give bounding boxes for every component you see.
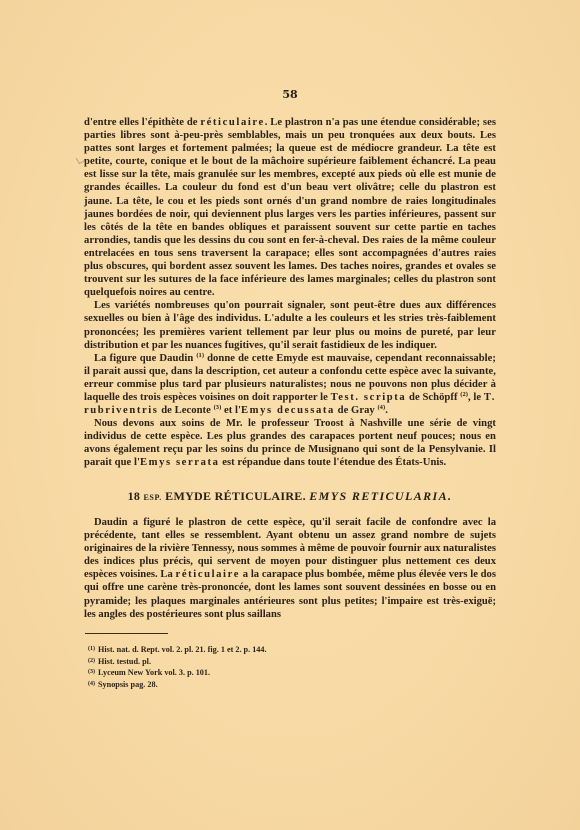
section-2-text: Daudin a figuré le plastron de cette esp… bbox=[84, 516, 496, 621]
species-latin-name: EMYS RETICULARIA. bbox=[309, 489, 452, 503]
footnote-divider bbox=[85, 633, 168, 634]
footnotes: (1)Hist. nat. d. Rept. vol. 2. pl. 21. f… bbox=[88, 644, 488, 690]
term-reticulaire-2: réticulaire bbox=[176, 569, 240, 580]
term-reticulaire: réticulaire bbox=[200, 117, 264, 128]
term-emys-decussata: Emys decussata bbox=[241, 405, 335, 416]
term-emys-serrata: Emys serrata bbox=[140, 457, 220, 468]
species-number: 18 bbox=[128, 489, 141, 503]
footnote-ref-1[interactable]: (1) bbox=[196, 352, 204, 359]
species-heading: 18 ESP. EMYDE RÉTICULAIRE. EMYS RETICULA… bbox=[84, 489, 496, 504]
footnote-3: (3)Lyceum New York vol. 3. p. 101. bbox=[88, 667, 488, 679]
footnote-4: (4)Synopsis pag. 28. bbox=[88, 679, 488, 691]
page-number: 58 bbox=[84, 88, 496, 101]
paragraph-1: d'entre elles l'épithète de réticulaire.… bbox=[84, 116, 496, 299]
paragraph-3: La figure que Daudin (1) donne de cette … bbox=[84, 352, 496, 417]
species-abbrev: ESP. bbox=[144, 493, 162, 502]
species-french-name: EMYDE RÉTICULAIRE. bbox=[165, 489, 306, 503]
term-test-scripta: Test. scripta bbox=[331, 392, 407, 403]
paragraph-5: Daudin a figuré le plastron de cette esp… bbox=[84, 516, 496, 621]
footnote-ref-2[interactable]: (2) bbox=[460, 391, 468, 398]
footnote-2: (2)Hist. testud. pl. bbox=[88, 656, 488, 668]
section-1-text: d'entre elles l'épithète de réticulaire.… bbox=[84, 116, 496, 470]
paragraph-4: Nous devons aux soins de Mr. le professe… bbox=[84, 417, 496, 469]
paragraph-2: Les variétés nombreuses qu'on pourrait s… bbox=[84, 299, 496, 351]
footnote-1: (1)Hist. nat. d. Rept. vol. 2. pl. 21. f… bbox=[88, 644, 488, 656]
